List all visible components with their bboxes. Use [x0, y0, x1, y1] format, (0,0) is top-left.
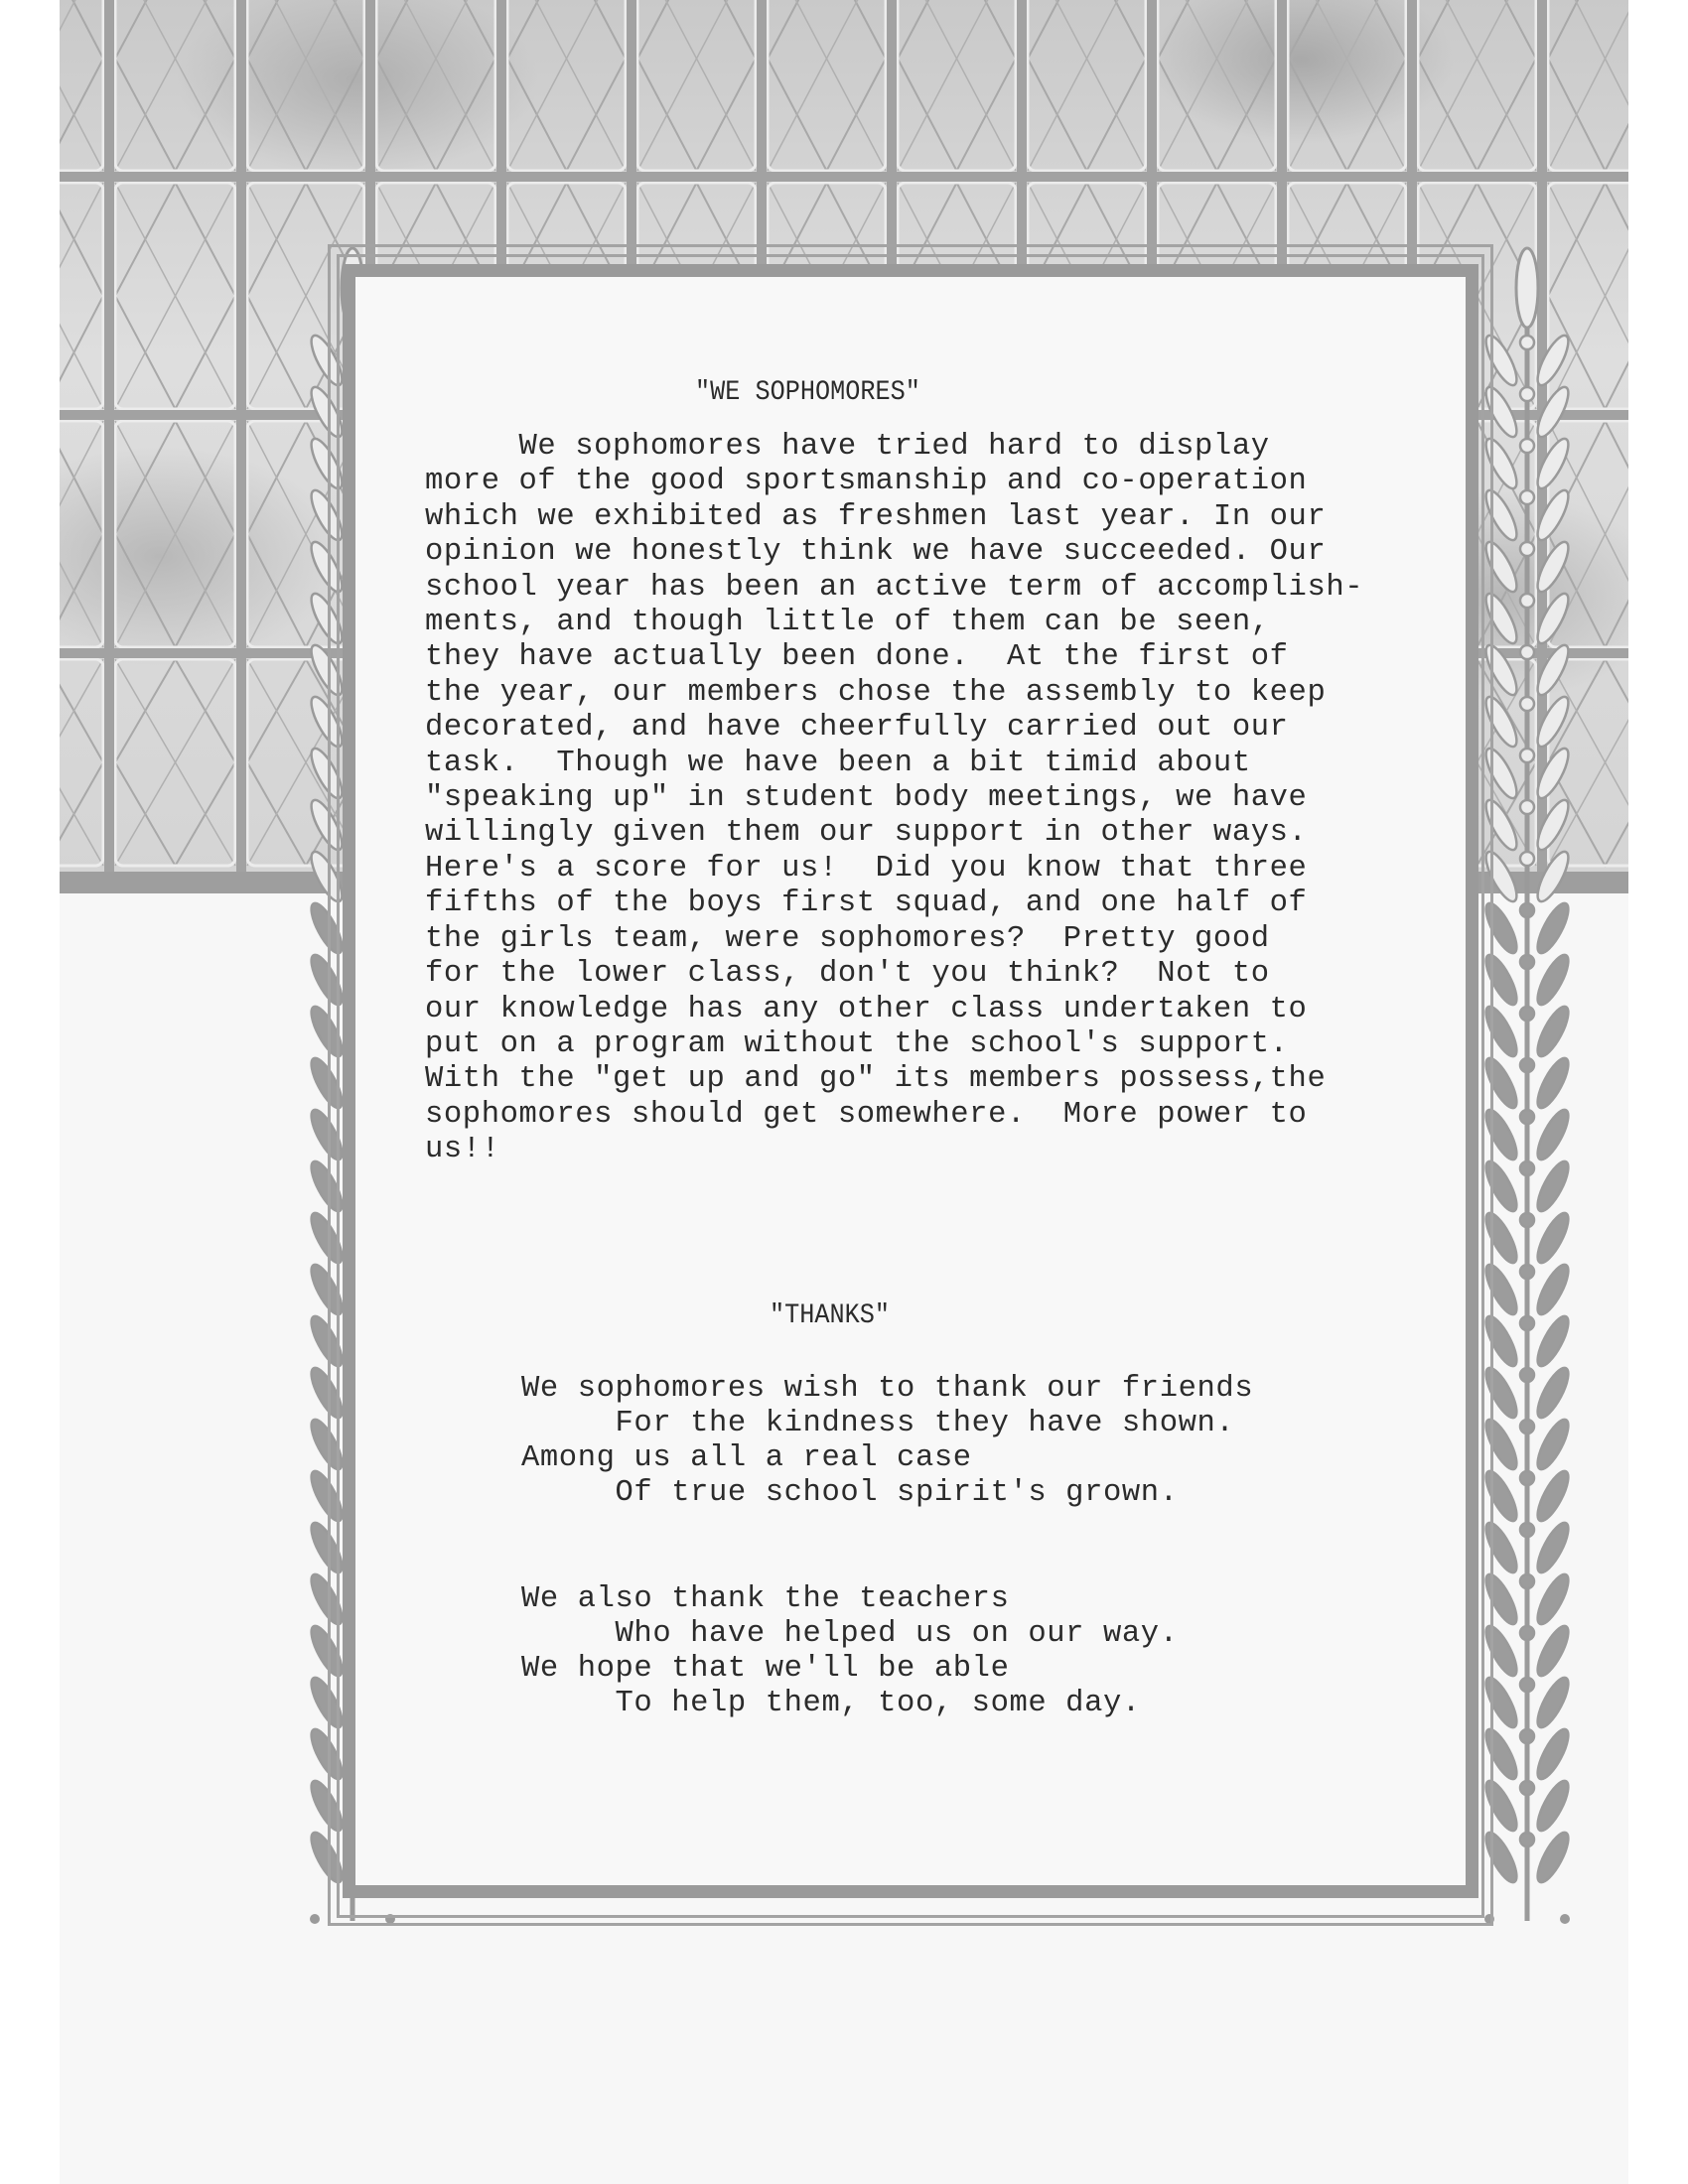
text-line: decorated, and have cheerfully carried o… — [425, 711, 1363, 746]
text-line: put on a program without the school's su… — [425, 1027, 1363, 1062]
text-line: For the kindness they have shown. — [521, 1407, 1253, 1441]
text-line: the girls team, were sophomores? Pretty … — [425, 922, 1363, 957]
text-line: us!! — [425, 1133, 1363, 1167]
text-line: We sophomores have tried hard to display — [425, 430, 1363, 465]
text-line: more of the good sportsmanship and co-op… — [425, 465, 1363, 499]
text-line: We sophomores wish to thank our friends — [521, 1372, 1253, 1407]
text-line: willingly given them our support in othe… — [425, 816, 1363, 851]
sophomores-paragraph: We sophomores have tried hard to display… — [425, 430, 1363, 1168]
text-line: they have actually been done. At the fir… — [425, 640, 1363, 675]
text-line: "speaking up" in student body meetings, … — [425, 781, 1363, 816]
text-line: Who have helped us on our way. — [521, 1617, 1179, 1652]
text-line: fifths of the boys first squad, and one … — [425, 887, 1363, 921]
text-line: ments, and though little of them can be … — [425, 606, 1363, 640]
section-title-thanks: "THANKS" — [770, 1300, 890, 1331]
text-line: sophomores should get somewhere. More po… — [425, 1098, 1363, 1133]
text-line: task. Though we have been a bit timid ab… — [425, 747, 1363, 781]
text-line: Here's a score for us! Did you know that… — [425, 852, 1363, 887]
text-line: With the "get up and go" its members pos… — [425, 1062, 1363, 1097]
text-line: opinion we honestly think we have succee… — [425, 535, 1363, 570]
thanks-poem-stanza-2: We also thank the teachers Who have help… — [521, 1582, 1179, 1721]
text-line: To help them, too, some day. — [521, 1687, 1179, 1721]
text-line: for the lower class, don't you think? No… — [425, 957, 1363, 992]
text-line: the year, our members chose the assembly… — [425, 676, 1363, 711]
text-line: We hope that we'll be able — [521, 1652, 1179, 1687]
thanks-poem-stanza-1: We sophomores wish to thank our friends … — [521, 1372, 1253, 1511]
text-line: school year has been an active term of a… — [425, 571, 1363, 606]
text-line: Among us all a real case — [521, 1441, 1253, 1476]
text-line: Of true school spirit's grown. — [521, 1476, 1253, 1511]
text-line: We also thank the teachers — [521, 1582, 1179, 1617]
text-line: which we exhibited as freshmen last year… — [425, 500, 1363, 535]
text-line: our knowledge has any other class undert… — [425, 993, 1363, 1027]
section-title-we-sophomores: "WE SOPHOMORES" — [695, 377, 920, 408]
yearbook-page: "WE SOPHOMORES" We sophomores have tried… — [60, 0, 1628, 2184]
